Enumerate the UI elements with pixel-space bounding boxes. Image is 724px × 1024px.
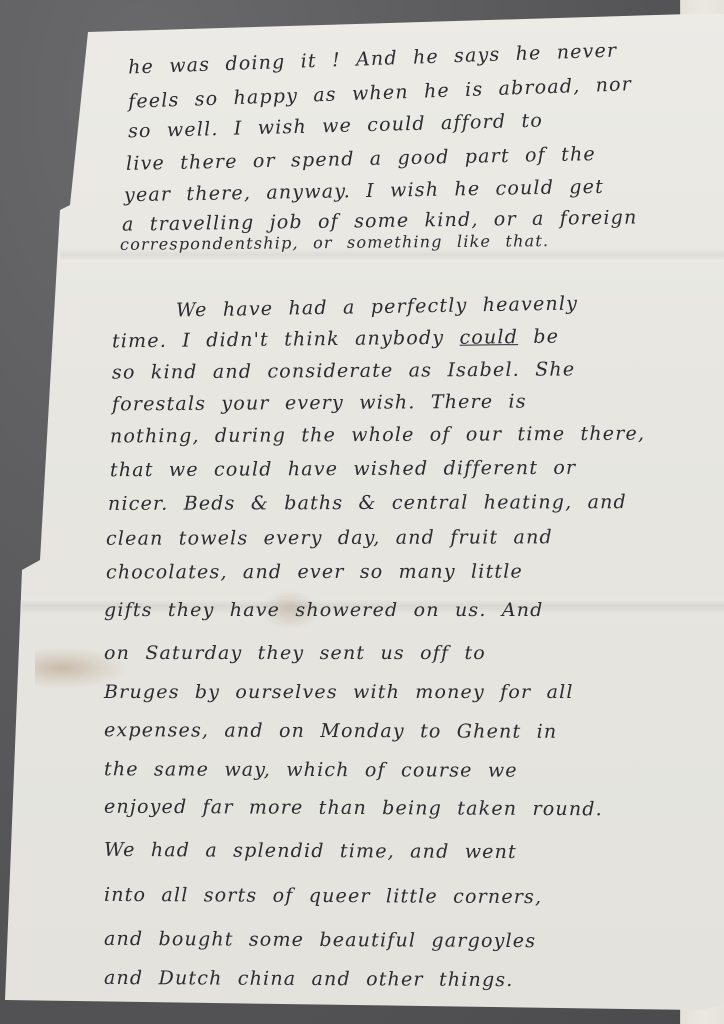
- letter-line: enjoyed far more than being taken round.: [104, 796, 603, 821]
- letter-line: time. I didn't think anybody could be: [112, 326, 559, 353]
- letter-line: on Saturday they sent us off to: [104, 642, 486, 664]
- letter-line: a travelling job of some kind, or a fore…: [122, 206, 638, 235]
- letter-line: feels so happy as when he is abroad, nor: [128, 73, 633, 113]
- letter-text: time. I didn't think anybody: [112, 327, 460, 353]
- underlined-word: could: [459, 326, 518, 349]
- letter-line: the same way, which of course we: [104, 758, 518, 781]
- letter-line: forestals your every wish. There is: [112, 391, 527, 416]
- letter-line: and bought some beautiful gargoyles: [104, 928, 536, 952]
- letter-line: so kind and considerate as Isabel. She: [112, 358, 575, 383]
- letter-line: We had a splendid time, and went: [104, 839, 517, 863]
- letter-line: expenses, and on Monday to Ghent in: [104, 719, 557, 743]
- letter-line: gifts they have showered on us. And: [104, 599, 544, 621]
- letter-line: chocolates, and ever so many little: [106, 561, 523, 584]
- letter-line: live there or spend a good part of the: [126, 143, 596, 175]
- letter-line: he was doing it ! And he says he never: [128, 39, 618, 78]
- letter-line: nicer. Beds & baths & central heating, a…: [108, 491, 627, 515]
- letter-line: into all sorts of queer little corners,: [104, 884, 542, 908]
- letter-line: correspondentship, or something like tha…: [120, 231, 549, 254]
- letter-body: he was doing it ! And he says he never f…: [0, 0, 724, 1024]
- letter-line: Bruges by ourselves with money for all: [104, 681, 574, 703]
- letter-line: We have had a perfectly heavenly: [176, 292, 578, 321]
- letter-text: be: [518, 326, 559, 348]
- letter-line: year there, anyway. I wish he could get: [124, 176, 604, 206]
- letter-line: and Dutch china and other things.: [104, 967, 514, 991]
- letter-line: clean towels every day, and fruit and: [106, 526, 553, 550]
- letter-line: so well. I wish we could afford to: [128, 110, 543, 143]
- letter-line: that we could have wished different or: [110, 457, 576, 481]
- letter-line: nothing, during the whole of our time th…: [110, 423, 645, 448]
- photo-scene: he was doing it ! And he says he never f…: [0, 0, 724, 1024]
